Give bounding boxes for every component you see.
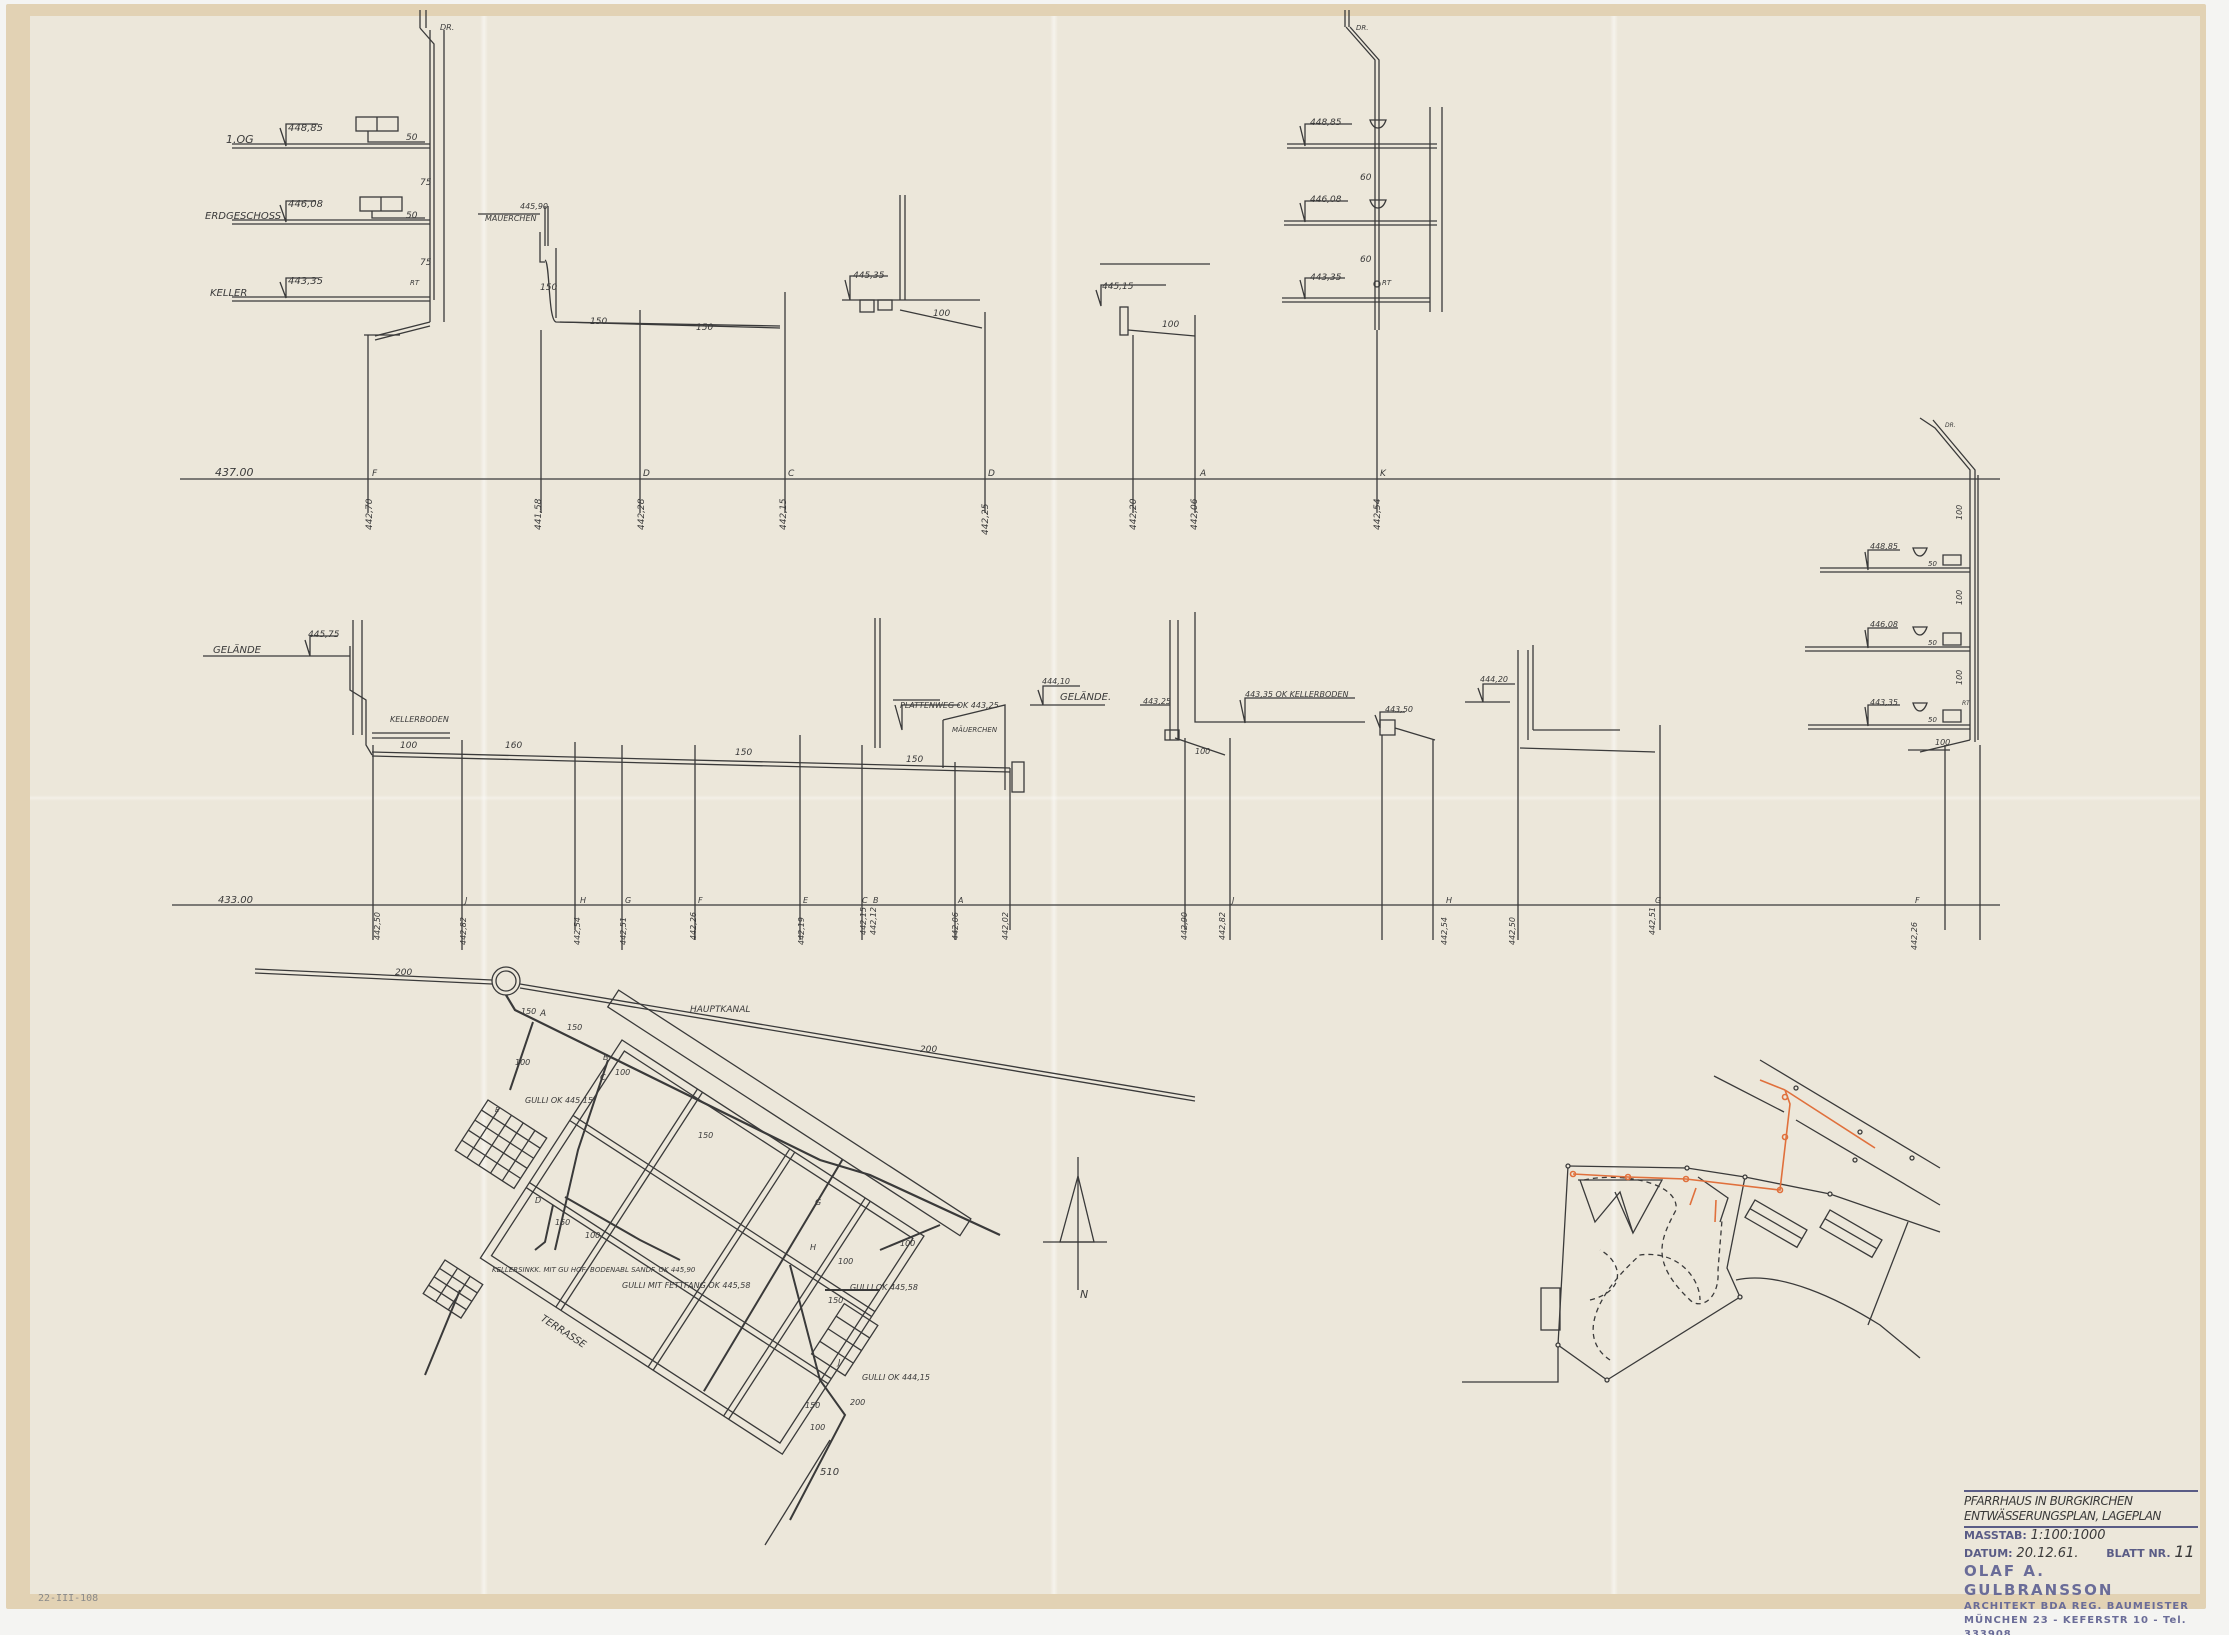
svg-text:443,25: 443,25 [1143,697,1171,706]
svg-text:50: 50 [406,211,418,221]
sheet-label: BLATT NR. [2106,1547,2170,1560]
svg-text:100: 100 [933,309,950,319]
section-1: 437.00 DR. [180,10,2000,535]
svg-text:442,15: 442,15 [779,498,789,530]
station-labels: 442,50 J 442,82 H 442,54 G 442,51 F 442,… [373,896,1920,950]
svg-text:443,50: 443,50 [1385,705,1413,714]
svg-text:442,26: 442,26 [689,912,698,940]
svg-text:J: J [1230,896,1235,905]
svg-text:446,08: 446,08 [1870,620,1898,629]
svg-text:445,75: 445,75 [308,630,340,640]
drainage-drawing: 437.00 DR. [0,0,2229,1635]
svg-text:A: A [1199,469,1206,479]
scale-row: MASSTAB: 1:100:1000 [1964,1528,2198,1544]
svg-text:E: E [803,896,809,905]
svg-text:GELÄNDE: GELÄNDE [213,643,262,656]
svg-text:445,90: 445,90 [520,202,548,211]
svg-text:445,15: 445,15 [1102,282,1134,292]
svg-text:442,02: 442,02 [1001,912,1010,940]
svg-text:KELLERBODEN: KELLERBODEN [390,715,449,724]
svg-text:A: A [957,896,963,905]
section-2: 433.00 GELÄNDE 445,75 KELLERBODEN 100 16… [172,612,2000,950]
mauerchen-detail [478,206,785,513]
archive-number: 22-III-108 [38,1593,98,1604]
scale-label: MASSTAB: [1964,1529,2027,1542]
floor-label: 1.OG [226,133,254,146]
svg-text:C: C [788,469,795,479]
svg-text:75: 75 [420,178,432,188]
gelaende-left [203,620,1010,940]
svg-text:DR.: DR. [1356,24,1368,32]
svg-text:442,26: 442,26 [1910,922,1919,950]
north-label: N [1080,1288,1088,1301]
svg-text:GELÄNDE.: GELÄNDE. [1060,690,1111,703]
svg-text:G: G [815,1198,821,1207]
svg-text:433.00: 433.00 [218,895,253,906]
svg-text:446,08: 446,08 [288,199,323,210]
svg-text:D: D [535,1196,541,1205]
svg-text:100: 100 [838,1257,853,1266]
svg-text:442,12: 442,12 [869,907,878,935]
svg-text:442,82: 442,82 [459,917,468,945]
svg-text:DR.: DR. [440,23,454,32]
title-block-heading: PFARRHAUS IN BURGKIRCHEN ENTWÄSSERUNGSPL… [1964,1490,2198,1528]
svg-text:D: D [643,469,650,479]
svg-text:442,06: 442,06 [951,912,960,940]
svg-text:F: F [1915,896,1920,905]
date-value: 20.12.61. [2016,1546,2078,1561]
svg-text:GULLI OK 445,58: GULLI OK 445,58 [850,1283,918,1292]
architect-stamp-address: MÜNCHEN 23 - KEFERSTR 10 - Tel. 333908 [1964,1614,2198,1635]
svg-text:PLATTENWEG OK 443,25: PLATTENWEG OK 443,25 [900,701,999,710]
svg-text:150: 150 [555,1218,570,1227]
svg-text:150: 150 [696,323,713,333]
svg-text:443,35: 443,35 [288,276,323,287]
svg-text:446,08: 446,08 [1310,195,1342,205]
svg-text:443,35: 443,35 [1310,273,1342,283]
svg-text:442,54: 442,54 [1373,498,1383,530]
svg-text:442,51: 442,51 [1648,907,1657,935]
gelaende-right [1030,612,1365,940]
svg-text:B: B [873,896,879,905]
svg-text:H: H [580,896,586,905]
svg-text:150: 150 [590,317,607,327]
svg-text:MÄUERCHEN: MÄUERCHEN [485,213,537,223]
svg-text:GULLI OK 444,15: GULLI OK 444,15 [862,1373,930,1382]
svg-text:100: 100 [1935,738,1950,747]
datum-label: 437.00 [215,466,254,479]
svg-text:442,19: 442,19 [797,917,806,945]
svg-text:150: 150 [735,748,752,758]
floor-label: KELLER [210,288,247,299]
svg-text:200: 200 [395,968,412,978]
location-plan [1462,1060,1940,1382]
svg-text:100: 100 [900,1239,915,1248]
svg-text:442,06: 442,06 [1190,498,1200,530]
svg-text:442,54: 442,54 [573,917,582,945]
scale-value: 1:100:1000 [2031,1528,2106,1543]
svg-text:150: 150 [540,283,557,293]
svg-text:442,15: 442,15 [859,907,868,935]
site-plan-detail: 200 200 HAUPTKANAL [255,967,1195,1545]
svg-text:442,51: 442,51 [619,917,628,945]
svg-text:150: 150 [521,1007,536,1016]
svg-text:442,70: 442,70 [365,498,375,530]
plattenweg-detail [875,618,1024,930]
svg-text:100: 100 [1162,320,1179,330]
section-3: 448,85 446,08 443,35 100 100 100 50 50 5… [1805,418,1978,752]
svg-text:100: 100 [615,1068,630,1077]
svg-text:442,50: 442,50 [1508,917,1517,945]
svg-text:GULLI MIT FETTFANG OK 445,58: GULLI MIT FETTFANG OK 445,58 [622,1281,750,1290]
drawing-sheet: 437.00 DR. [0,0,2229,1635]
svg-text:50: 50 [1928,639,1937,647]
svg-text:150: 150 [805,1401,820,1410]
drawing-title: ENTWÄSSERUNGSPLAN, LAGEPLAN [1964,1509,2198,1524]
floor-label: ERDGESCHOSS [205,211,282,222]
date-row: DATUM: 20.12.61. BLATT NR. 11 [1964,1544,2198,1562]
svg-text:F: F [372,469,378,479]
svg-text:100: 100 [810,1423,825,1432]
svg-text:E: E [495,1106,500,1114]
svg-text:444,10: 444,10 [1042,677,1070,686]
svg-text:150: 150 [698,1131,713,1140]
svg-text:100: 100 [585,1231,600,1240]
architect-stamp-title: ARCHITEKT BDA REG. BAUMEISTER [1964,1600,2198,1614]
pit-small [1375,712,1435,940]
svg-text:442,90: 442,90 [1180,912,1189,940]
svg-text:H: H [1446,896,1452,905]
svg-text:448,85: 448,85 [1870,542,1898,551]
svg-text:448,85: 448,85 [288,123,323,134]
svg-text:150: 150 [828,1296,843,1305]
svg-text:448,85: 448,85 [1310,118,1342,128]
svg-text:100: 100 [1955,590,1964,605]
svg-text:60: 60 [1360,173,1372,183]
pit-2 [1096,264,1210,513]
svg-text:160: 160 [505,741,522,751]
svg-text:100: 100 [1955,505,1964,520]
svg-text:J: J [836,1358,841,1367]
svg-text:443,35 OK KELLERBODEN: 443,35 OK KELLERBODEN [1245,690,1348,699]
svg-text:A: A [539,1009,546,1019]
right-pit [1465,645,1660,940]
svg-text:G: G [625,896,631,905]
svg-text:50: 50 [1928,716,1937,724]
sheet-number: 11 [2174,1542,2194,1561]
svg-text:K: K [1380,469,1387,479]
svg-text:510: 510 [820,1467,839,1478]
date-label: DATUM: [1964,1547,2013,1560]
svg-text:200: 200 [850,1398,865,1407]
svg-text:KELLERSINKK. MIT GU HOF- BODEN: KELLERSINKK. MIT GU HOF- BODENABL SANDF.… [492,1266,696,1274]
svg-text:D: D [988,469,995,479]
svg-text:50: 50 [1928,560,1937,568]
project-name: PFARRHAUS IN BURGKIRCHEN [1964,1494,2198,1509]
svg-text:HAUPTKANAL: HAUPTKANAL [690,1005,750,1015]
svg-text:444,20: 444,20 [1480,675,1508,684]
svg-text:G: G [1655,896,1661,905]
svg-text:100: 100 [1195,747,1210,756]
svg-text:MÄUERCHEN: MÄUERCHEN [952,725,998,734]
svg-text:100: 100 [1955,670,1964,685]
svg-text:443,35: 443,35 [1870,698,1898,707]
architect-stamp-name: OLAF A. GULBRANSSON [1964,1562,2198,1600]
svg-text:75: 75 [420,258,432,268]
svg-text:442,28: 442,28 [637,498,647,530]
svg-text:RT: RT [1962,700,1971,707]
svg-text:442,50: 442,50 [373,912,382,940]
pit-1 [842,195,985,513]
svg-text:TERRASSE: TERRASSE [538,1313,588,1351]
svg-text:100: 100 [400,741,417,751]
svg-text:H: H [810,1243,816,1252]
svg-text:442,20: 442,20 [1129,498,1139,530]
svg-text:DR.: DR. [1945,422,1956,429]
svg-text:442,25: 442,25 [981,503,991,535]
svg-text:200: 200 [920,1045,937,1055]
svg-text:150: 150 [567,1023,582,1032]
svg-text:J: J [463,896,468,905]
svg-text:C: C [600,1073,606,1082]
svg-text:C: C [862,896,868,905]
svg-text:B: B [603,1053,609,1062]
svg-text:RT: RT [410,279,420,287]
svg-text:RT: RT [1382,279,1392,287]
svg-text:442,54: 442,54 [1440,917,1449,945]
title-block: PFARRHAUS IN BURGKIRCHEN ENTWÄSSERUNGSPL… [1964,1490,2198,1635]
svg-text:F: F [698,896,703,905]
svg-text:100: 100 [515,1058,530,1067]
svg-text:441,58: 441,58 [534,498,544,530]
svg-text:442,82: 442,82 [1218,912,1227,940]
svg-text:60: 60 [1360,255,1372,265]
svg-text:150: 150 [906,755,923,765]
svg-text:445,35: 445,35 [853,271,885,281]
north-arrow-icon: N [1043,1157,1107,1301]
svg-text:50: 50 [406,133,418,143]
svg-text:GULLI OK 445,15: GULLI OK 445,15 [525,1096,593,1105]
